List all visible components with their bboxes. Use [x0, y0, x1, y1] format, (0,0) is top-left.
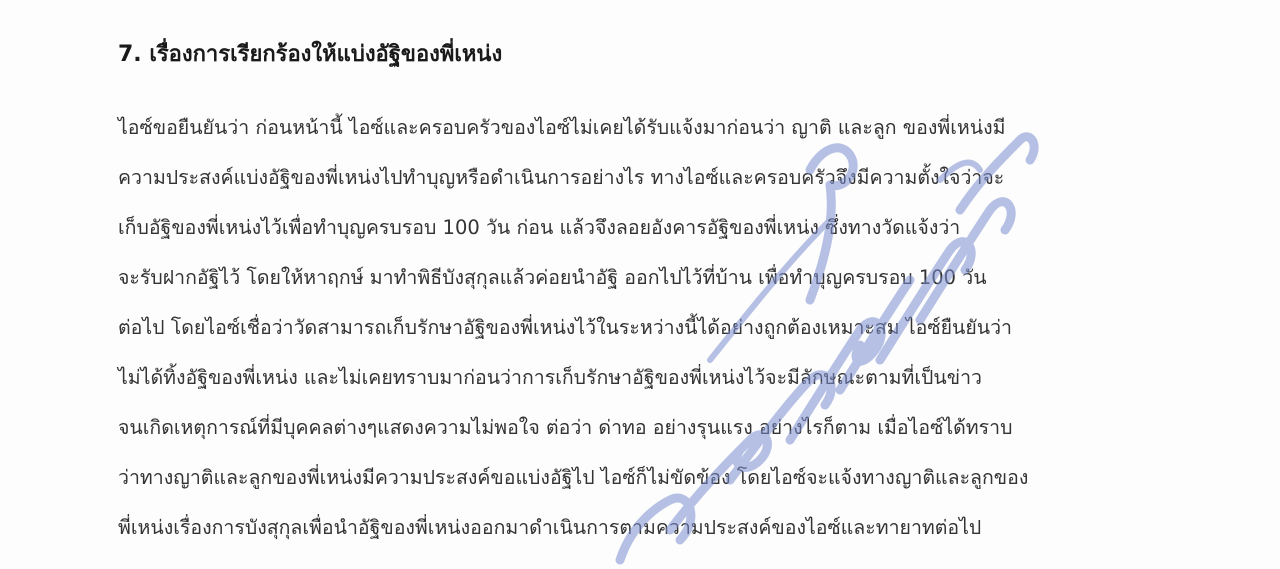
paragraph-line: ความประสงค์แบ่งอัฐิของพี่เหน่งไปทำบุญหรื… — [118, 153, 1158, 203]
paragraph-line: ไอซ์ขอยืนยันว่า ก่อนหน้านี้ ไอซ์และครอบค… — [118, 103, 1158, 153]
paragraph-line: พี่เหน่งเรื่องการบังสุกุลเพื่อนำอัฐิของพ… — [118, 503, 1158, 553]
paragraph: ไอซ์ขอยืนยันว่า ก่อนหน้านี้ ไอซ์และครอบค… — [118, 103, 1158, 553]
paragraph-line: ไม่ได้ทิ้งอัฐิของพี่เหน่ง และไม่เคยทราบม… — [118, 353, 1158, 403]
paragraph-line: จะรับฝากอัฐิไว้ โดยให้หาฤกษ์ มาทำพิธีบัง… — [118, 253, 1158, 303]
paragraph-line: จนเกิดเหตุการณ์ที่มีบุคคลต่างๆแสดงความไม… — [118, 403, 1158, 453]
paragraph-line: ว่าทางญาติและลูกของพี่เหน่งมีความประสงค์… — [118, 453, 1158, 503]
paragraph-line: ต่อไป โดยไอซ์เชื่อว่าวัดสามารถเก็บรักษาอ… — [118, 303, 1158, 353]
document-page: 7. เรื่องการเรียกร้องให้แบ่งอัฐิของพี่เห… — [0, 0, 1280, 569]
section-heading: 7. เรื่องการเรียกร้องให้แบ่งอัฐิของพี่เห… — [118, 36, 502, 71]
paragraph-line: เก็บอัฐิของพี่เหน่งไว้เพื่อทำบุญครบรอบ 1… — [118, 203, 1158, 253]
